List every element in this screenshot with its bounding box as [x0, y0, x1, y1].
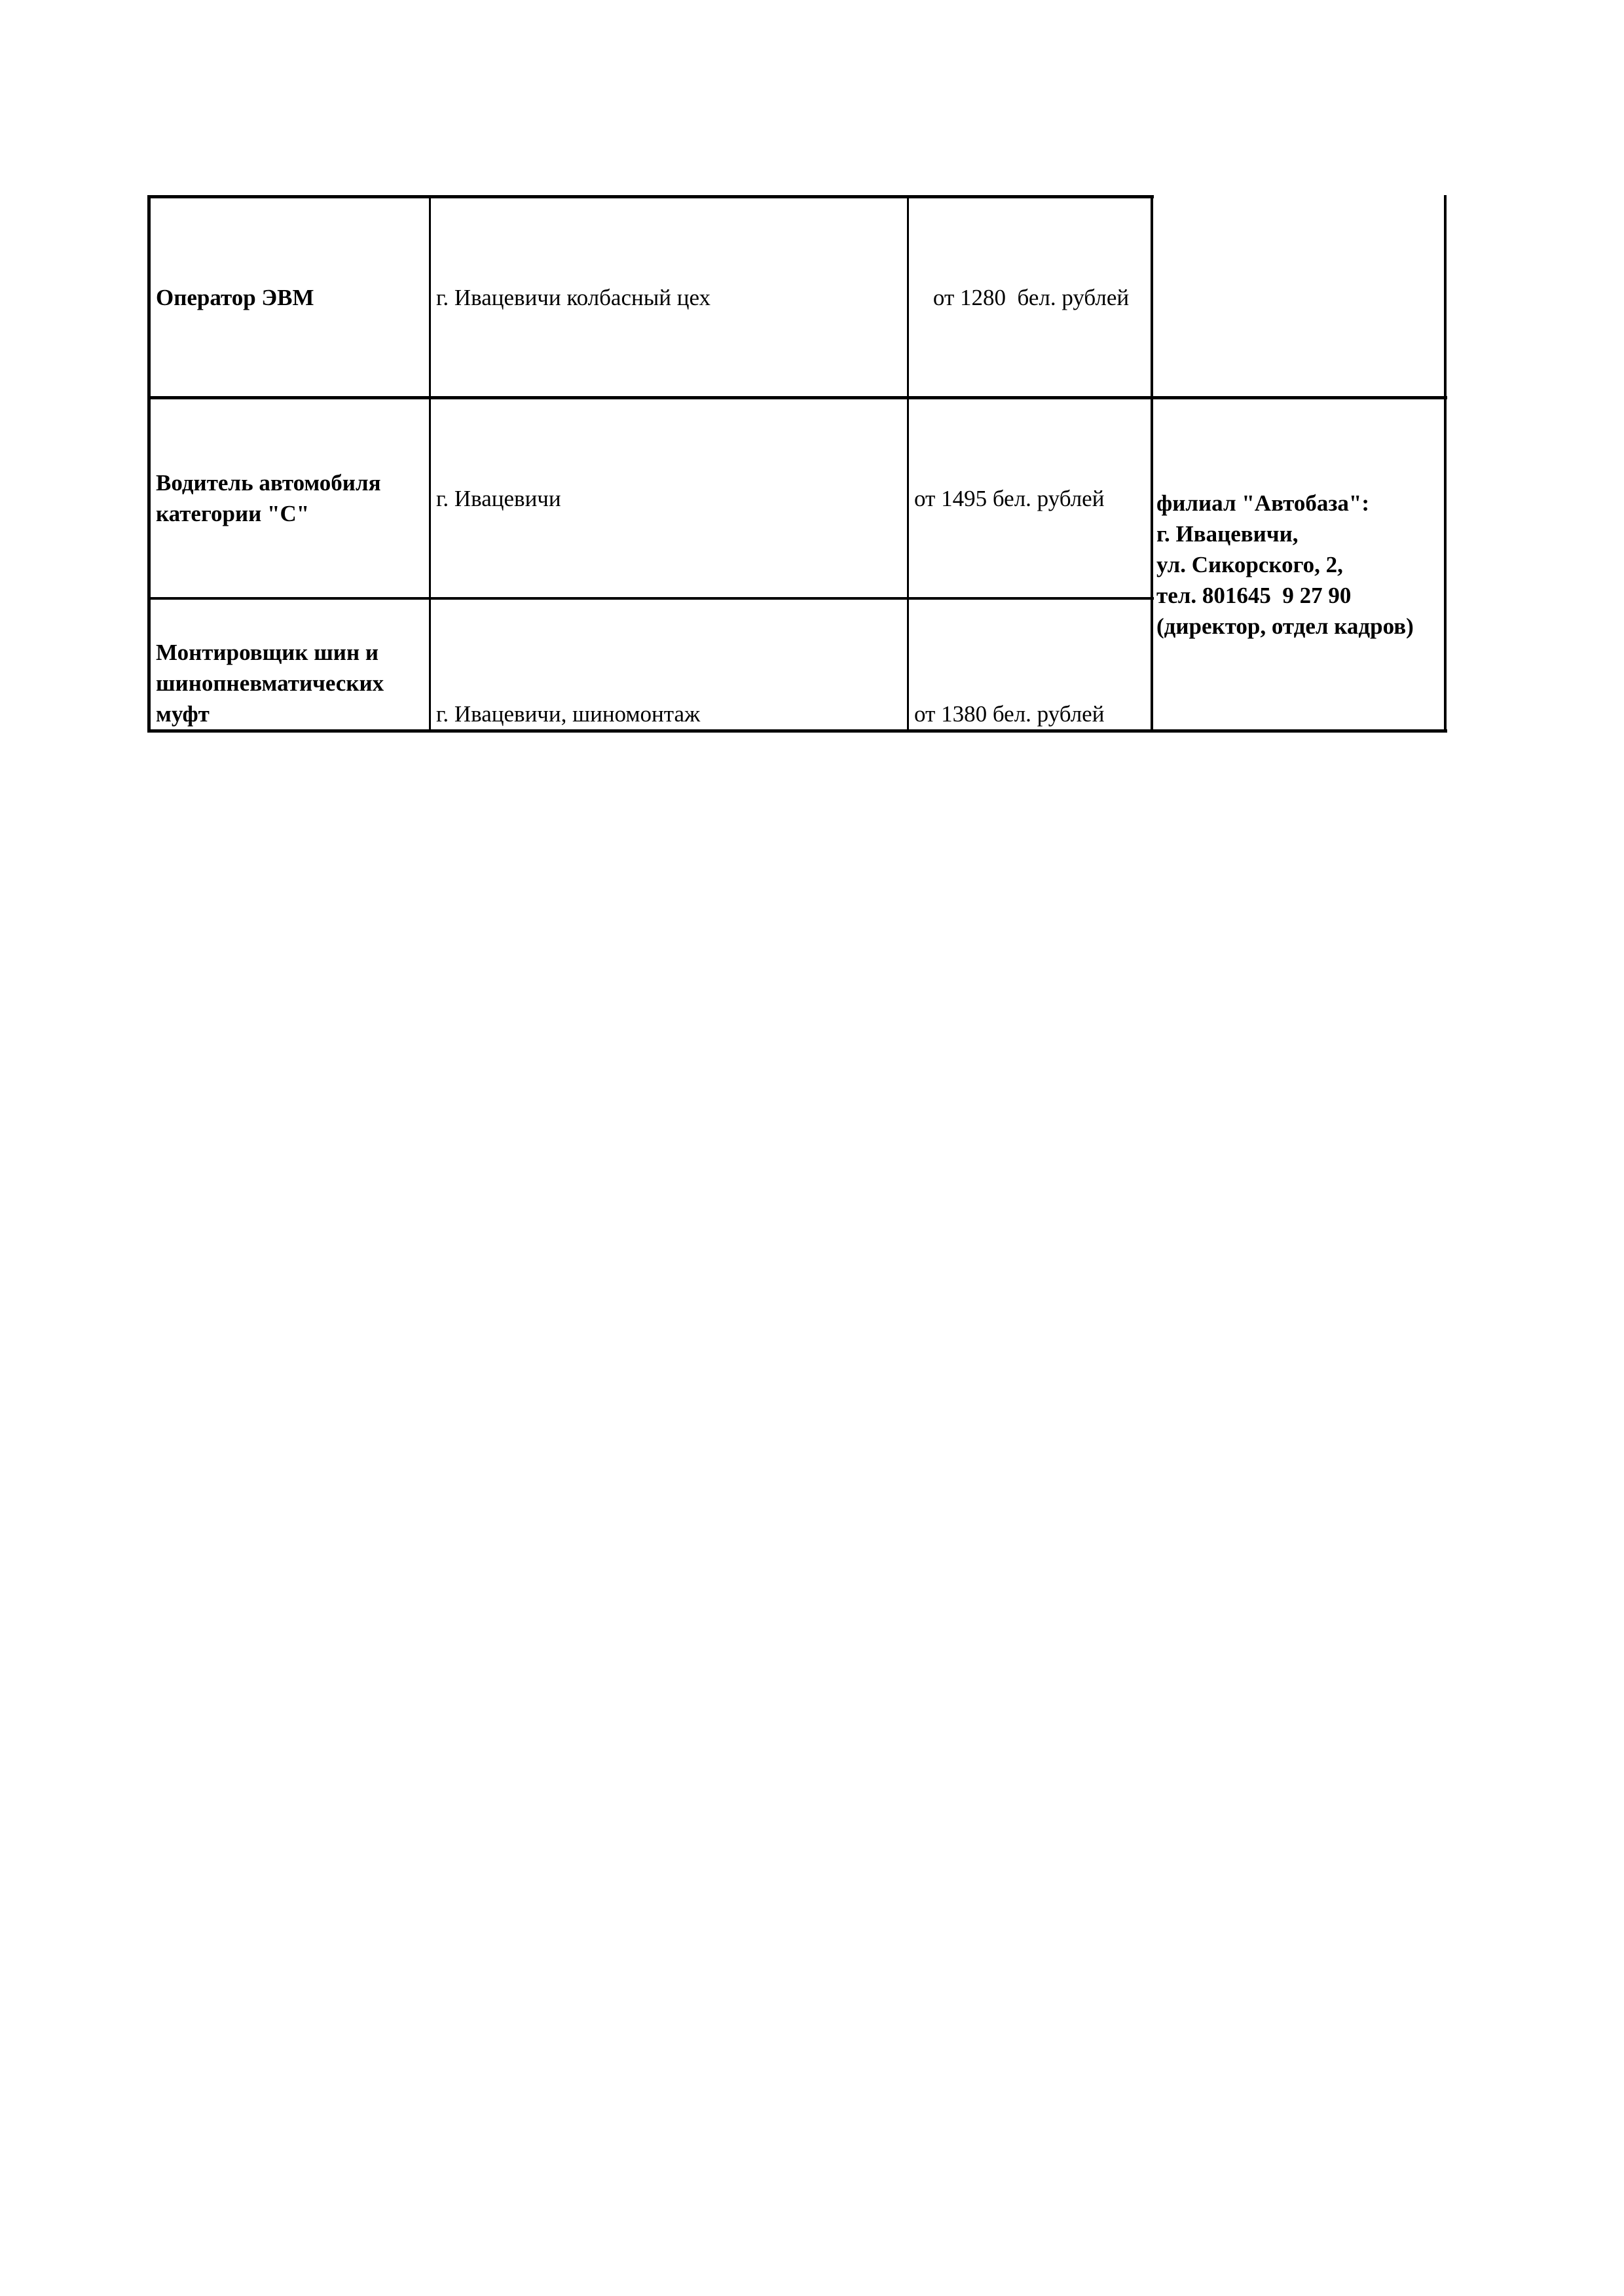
- position-title-line: Монтировщик шин и: [156, 637, 384, 668]
- work-location: г. Ивацевичи: [436, 483, 561, 514]
- table-row-1-location: г. Ивацевичи колбасный цех: [431, 198, 907, 396]
- table-row-1-contact-empty: [1153, 198, 1444, 396]
- position-title: Водитель автомобиля категории "С": [156, 467, 381, 529]
- employer-contact: филиал "Автобаза": г. Ивацевичи, ул. Сик…: [1156, 488, 1414, 642]
- position-title-line: категории "С": [156, 498, 381, 529]
- employer-city: г. Ивацевичи,: [1156, 519, 1414, 549]
- employer-contact-cell: филиал "Автобаза": г. Ивацевичи, ул. Сик…: [1153, 399, 1444, 729]
- position-title-line: муфт: [156, 699, 384, 729]
- employer-street: ул. Сикорского, 2,: [1156, 549, 1414, 580]
- table-row-3-position: Монтировщик шин и шинопневматических муф…: [151, 600, 429, 729]
- table-row-2-location: г. Ивацевичи: [431, 399, 907, 597]
- table-row-1-position: Оператор ЭВМ: [151, 198, 429, 396]
- employer-name: филиал "Автобаза":: [1156, 488, 1414, 519]
- table-row-3-salary: от 1380 бел. рублей: [909, 600, 1151, 729]
- position-title-line: шинопневматических: [156, 668, 384, 699]
- table-row-2-salary: от 1495 бел. рублей: [909, 399, 1151, 597]
- salary: от 1380 бел. рублей: [914, 699, 1104, 729]
- table-border-bottom: [147, 729, 1447, 733]
- table-row-1-salary: от 1280 бел. рублей: [909, 198, 1151, 396]
- employer-phone: тел. 801645 9 27 90: [1156, 580, 1414, 611]
- work-location: г. Ивацевичи, шиномонтаж: [436, 699, 700, 729]
- position-title: Монтировщик шин и шинопневматических муф…: [156, 637, 384, 729]
- salary: от 1280 бел. рублей: [933, 282, 1129, 313]
- table-border-right: [1444, 195, 1447, 733]
- employer-contact-person: (директор, отдел кадров): [1156, 611, 1414, 642]
- document-page: Оператор ЭВМ г. Ивацевичи колбасный цех …: [0, 0, 1624, 2296]
- position-title-line: Водитель автомобиля: [156, 467, 381, 498]
- position-title: Оператор ЭВМ: [156, 282, 314, 313]
- work-location: г. Ивацевичи колбасный цех: [436, 282, 710, 313]
- salary: от 1495 бел. рублей: [914, 483, 1104, 514]
- table-row-2-position: Водитель автомобиля категории "С": [151, 399, 429, 597]
- table-row-3-location: г. Ивацевичи, шиномонтаж: [431, 600, 907, 729]
